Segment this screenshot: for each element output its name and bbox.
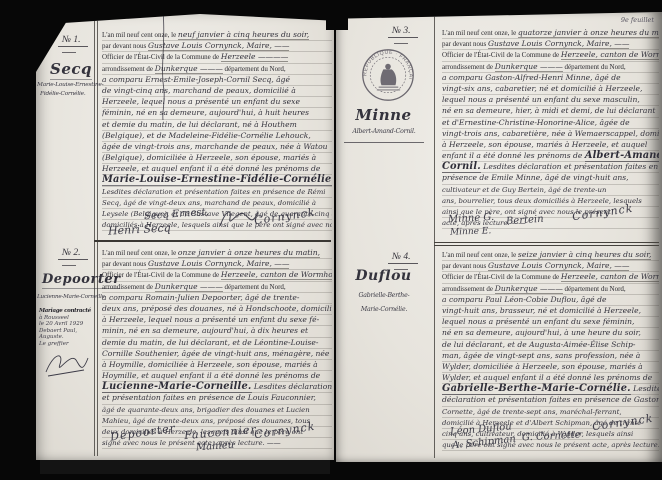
handwritten-text: a comparu Paul Léon-Cobie Duflou, âgé de — [442, 295, 606, 304]
margin-column: № 4. Duflou Gabrielle-Berthe- Marie-Corn… — [336, 246, 432, 462]
act-text-line: vingt-six ans, cabaretier, né et domicil… — [442, 84, 659, 95]
act-text-line: Cornille Southenier, âgée de vingt-huit … — [102, 349, 332, 360]
handwritten-text: cultivateur et de Guy Bertein, âgé de tr… — [442, 186, 606, 194]
handwritten-text: Wylder, domiciliée à Herzeele, son épous… — [442, 362, 643, 371]
birth-record-1: № 1. Secq Marie-Louise-Ernestine- Fidéli… — [36, 14, 334, 240]
register-right-page: 9e feuillet № 3. RÉPUBLIQUE · FRANÇAISE — [336, 12, 662, 462]
handwritten-text: né en sa demeure, hier, à midi et demi, … — [442, 106, 655, 115]
handwritten-text: seize janvier à cinq heures du soir, — [518, 250, 652, 260]
handwritten-text: Wylder, et auquel enfant il a été donné … — [442, 373, 652, 382]
act-text-line: cultivateur et de Guy Bertein, âgé de tr… — [442, 185, 659, 196]
margin-column: № 2. Depoorter Lucienne-Marie-Corneille … — [36, 244, 94, 460]
act-text-line: L'an mil neuf cent onze, le neuf janvier… — [102, 30, 332, 41]
republique-francaise-seal: RÉPUBLIQUE · FRANÇAISE — [360, 46, 416, 104]
handwritten-text: Herzeele, lequel nous a présenté un enfa… — [102, 97, 300, 106]
printed-form-text: L'an mil neuf cent onze, le — [442, 29, 518, 37]
handwritten-text: lequel nous a présenté un enfant du sexe… — [442, 95, 640, 104]
act-text-line: (Belgique), et de Madeleine-Fidélie-Corn… — [102, 131, 332, 142]
act-text-line: Lucienne-Marie-Corneille. Lesdites décla… — [102, 382, 332, 393]
act-text-line: arrondissement de Dunkerque ——— départem… — [102, 64, 332, 75]
act-text-line: arrondissement de Dunkerque ——— départem… — [102, 282, 332, 293]
handwritten-text: Herzeele, canton de Wormhout, — [221, 270, 332, 280]
handwritten-text: féminin, né en sa demeure, aujourd'hui, … — [102, 108, 309, 117]
handwritten-text: né en sa demeure, aujourd'hui, à une heu… — [442, 328, 641, 337]
handwritten-text: Dunkerque ——— — [495, 62, 563, 72]
printed-form-text: département du Nord, — [223, 65, 286, 73]
handwritten-text: Gustave Louis Cornynck, Maire, —— — [148, 41, 290, 51]
handwritten-text: a comparu Gaston-Alfred-Henri Minne, âgé… — [442, 73, 621, 82]
act-text-line: demie du matin, de lui déclarant, et de … — [102, 338, 332, 349]
handwritten-text: Gustave Louis Cornynck, Maire, —— — [488, 261, 630, 271]
act-text-line: par devant nous Gustave Louis Cornynck, … — [442, 261, 659, 272]
handwritten-text: et d'Ernestine-Christine-Honorine-Alice,… — [442, 118, 630, 127]
handwritten-text: vingt-huit ans, brasseur, né et domicili… — [442, 306, 641, 315]
act-text-line: vingt-huit ans, brasseur, né et domicili… — [442, 306, 659, 317]
signature-block: Minne G. Bertein Cornynck Minne E. — [442, 210, 659, 246]
act-text-line: lequel nous a présenté un enfant du sexe… — [442, 95, 659, 106]
register-left-page: № 1. Secq Marie-Louise-Ernestine- Fidéli… — [36, 14, 334, 460]
act-text-line: à Hoymille, domiciliée à Herzeele, son é… — [102, 360, 332, 371]
margin-given-names: Lucienne-Marie-Corneille — [37, 294, 105, 300]
act-text-line: L'an mil neuf cent onze, le onze janvier… — [102, 248, 332, 259]
printed-form-text: arrondissement de — [442, 63, 495, 71]
handwritten-text: à Herzeele, lequel nous a présenté un en… — [102, 315, 319, 324]
handwritten-text: Lesdites déclaration et présentation fai… — [102, 188, 325, 196]
act-text-line: (Belgique), domiciliée à Herzeele, son é… — [102, 153, 332, 164]
handwritten-text: neuf janvier à cinq heures du soir, — [178, 30, 309, 40]
act-text-line: Cornil. Lesdites déclaration et présenta… — [442, 162, 659, 173]
act-text-line: L'an mil neuf cent onze, le seize janvie… — [442, 250, 659, 261]
birth-record-3: № 3. RÉPUBLIQUE · FRANÇAISE Minne Albert… — [336, 12, 662, 240]
handwritten-text: Lesdites déclaration et présentation fai… — [481, 162, 658, 171]
act-text-line: de vingt-cinq ans, marchand de peaux, do… — [102, 86, 332, 97]
handwritten-text: Dunkerque ——— — [155, 64, 223, 74]
signature: Minne E. — [450, 226, 492, 237]
folio-corner-note: 9e feuillet — [621, 16, 654, 24]
marginal-annotation-line: Mariage contracté — [39, 308, 94, 315]
handwritten-text: demie du matin, de lui déclarant, et de … — [102, 338, 318, 347]
handwritten-text: Gustave Louis Cornynck, Maire, —— — [488, 39, 630, 49]
act-text-line: par devant nous Gustave Louis Cornynck, … — [102, 259, 332, 270]
act-text-line: Officier de l'État-Civil de la Commune d… — [442, 50, 659, 61]
handwritten-text: Secq, âgé de vingt-deux ans, marchand de… — [102, 199, 316, 207]
act-text-line: vingt-trois ans, cabaretière, née à Wema… — [442, 129, 659, 140]
margin-surname: Duflou — [336, 268, 431, 285]
act-text-line: Officier de l'État-Civil de la Commune d… — [102, 52, 332, 63]
printed-form-text: département du Nord, — [563, 63, 626, 71]
signature-block: Léon Duflou A. Schipman G. Cornette Corn… — [442, 418, 659, 454]
act-text-line: L'an mil neuf cent onze, le quatorze jan… — [442, 28, 659, 39]
signature: Depoorter — [109, 421, 176, 443]
handwritten-text: et présentation faites en présence de Lo… — [102, 393, 316, 402]
margin-surname: Secq — [50, 60, 92, 80]
printed-form-text: arrondissement de — [102, 283, 155, 291]
act-text: L'an mil neuf cent onze, le onze janvier… — [102, 248, 332, 449]
act-text-line: arrondissement de Dunkerque ——— départem… — [442, 284, 659, 295]
act-text-line: deux ans, préposé des douanes, né à Hond… — [102, 304, 332, 315]
handwritten-text: Herzeele, canton de Wormhout, — [561, 272, 659, 282]
child-name-text: Albert-Amand- — [585, 150, 659, 162]
margin-given-names: Fidélie-Cornélie. — [40, 91, 86, 97]
printed-form-text: Officier de l'État-Civil de la Commune d… — [442, 273, 561, 281]
birth-record-4: № 4. Duflou Gabrielle-Berthe- Marie-Corn… — [336, 246, 662, 462]
printed-form-text: Officier de l'État-Civil de la Commune d… — [102, 53, 221, 61]
signature: Bertein — [506, 214, 544, 228]
margin-dash — [62, 265, 76, 266]
marginal-annotation-line: le 20 Avril 1929 — [39, 321, 94, 328]
act-text-line: par devant nous Gustave Louis Cornynck, … — [442, 39, 659, 50]
handwritten-text: âgé de quarante-deux ans, brigadier des … — [102, 406, 310, 414]
act-text-line: Officier de l'État-Civil de la Commune d… — [442, 272, 659, 283]
handwritten-text: de lui déclarant, et de Augusta-Aimée-Él… — [442, 340, 635, 349]
marginal-annotation: Mariage contracté à Rousseel le 20 Avril… — [39, 308, 94, 348]
civil-register-scan: № 1. Secq Marie-Louise-Ernestine- Fidéli… — [0, 0, 662, 480]
handwritten-text: Gustave Louis Cornynck, Maire, —— — [148, 259, 290, 269]
act-text-line: de lui déclarant, et de Augusta-Aimée-Él… — [442, 340, 659, 351]
act-text-line: âgée de vingt-trois ans, marchande de pe… — [102, 142, 332, 153]
act-text-line: déclaration et présentation faites en pr… — [442, 395, 659, 406]
handwritten-text: Herzeele, et auquel enfant il a été donn… — [102, 164, 320, 173]
handwritten-text: minin, né en sa demeure, aujourd'hui, à … — [102, 326, 308, 335]
child-name-text: Marie-Louise-Ernestine-Fidélie-Cornélie. — [102, 174, 332, 186]
record-number: № 4. — [388, 252, 418, 264]
printed-form-text: par devant nous — [102, 260, 148, 268]
printed-form-text: L'an mil neuf cent onze, le — [102, 249, 178, 257]
handwritten-text: Hoymille, et auquel enfant il a été donn… — [102, 371, 320, 380]
birth-record-2: № 2. Depoorter Lucienne-Marie-Corneille … — [36, 244, 334, 460]
handwritten-text: Dunkerque ——— — [495, 284, 563, 294]
signature: Mahieu — [196, 440, 235, 454]
act-text-line: présence de Emile Minne, âgé de vingt-hu… — [442, 173, 659, 184]
binding-gap — [326, 0, 348, 30]
handwritten-text: présence de Emile Minne, âgé de vingt-hu… — [442, 173, 629, 182]
margin-dash — [394, 43, 408, 44]
act-text-line: Herzeele, lequel nous a présenté un enfa… — [102, 97, 332, 108]
printed-form-text: par devant nous — [442, 262, 488, 270]
marginal-annotation-line: Debaert Paul, — [39, 328, 94, 335]
act-text: L'an mil neuf cent onze, le neuf janvier… — [102, 30, 332, 231]
handwritten-text: vingt-six ans, cabaretier, né et domicil… — [442, 84, 642, 93]
record-number: № 3. — [388, 26, 418, 38]
signature: Minne G. — [448, 212, 495, 225]
act-text-line: à Herzeele, lequel nous a présenté un en… — [102, 315, 332, 326]
handwritten-text: Herzeele, canton de Wormhout, — [561, 50, 659, 60]
act-text-line: Marie-Louise-Ernestine-Fidélie-Cornélie. — [102, 175, 332, 186]
act-text-line: a comparu Paul Léon-Cobie Duflou, âgé de — [442, 295, 659, 306]
act-text-line: a comparu Romain-Julien Depoorter, âgé d… — [102, 293, 332, 304]
handwritten-text: Lesdites — [631, 384, 659, 393]
handwritten-text: a comparu Romain-Julien Depoorter, âgé d… — [102, 293, 299, 302]
margin-underline — [344, 142, 424, 143]
printed-form-text: par devant nous — [442, 40, 488, 48]
marginal-note-signature — [44, 350, 90, 380]
handwritten-text: vingt-trois ans, cabaretière, née à Wema… — [442, 129, 659, 138]
printed-form-text: arrondissement de — [102, 65, 155, 73]
handwritten-text: et demie du matin, de lui déclarant, né … — [102, 120, 297, 129]
handwritten-text: Dunkerque ——— — [155, 282, 223, 292]
margin-given-names: Gabrielle-Berthe- — [338, 292, 430, 299]
act-text-line: minin, né en sa demeure, aujourd'hui, à … — [102, 326, 332, 337]
handwritten-text: à Hoymille, domiciliée à Herzeele, son é… — [102, 360, 318, 369]
signature: G. Cornette — [522, 429, 581, 443]
handwritten-text: enfant il a été donné les prénoms de — [442, 151, 585, 160]
act-text-line: né en sa demeure, aujourd'hui, à une heu… — [442, 328, 659, 339]
marginal-annotation-line: Auguste. — [39, 334, 94, 341]
handwritten-text: deux ans, préposé des douanes, né à Hond… — [102, 304, 332, 313]
handwritten-text: Cornille Southenier, âgée de vingt-huit … — [102, 349, 329, 358]
handwritten-text: Herzeele ———— — [221, 52, 288, 62]
act-text-line: a comparu Gaston-Alfred-Henri Minne, âgé… — [442, 73, 659, 84]
handwritten-text: Lesdites déclaration — [252, 382, 332, 391]
handwritten-text: de vingt-cinq ans, marchand de peaux, do… — [102, 86, 296, 95]
handwritten-text: Cornette, âgé de trente-sept ans, maréch… — [442, 408, 622, 416]
child-name-text: Cornil. — [442, 161, 481, 173]
margin-dash — [62, 52, 76, 53]
act-text-line: et demie du matin, de lui déclarant, né … — [102, 120, 332, 131]
signature: Henri Secq — [108, 221, 171, 237]
act-text-line: arrondissement de Dunkerque ——— départem… — [442, 62, 659, 73]
act-text-line: Lesdites déclaration et présentation fai… — [102, 187, 332, 198]
handwritten-text: quatorze janvier à onze heures du matin, — [518, 28, 659, 38]
handwritten-text: onze janvier à onze heures du matin, — [178, 248, 320, 258]
handwritten-text: à Herzeele, son épouse, mariés à Herzeel… — [442, 140, 647, 149]
act-text-line: a comparu Ernest-Emile-Joseph-Cornil Sec… — [102, 75, 332, 86]
signature-block: Secq Ernest, Henri Secq Cornynck — [96, 208, 328, 244]
printed-form-text: arrondissement de — [442, 285, 495, 293]
printed-form-text: L'an mil neuf cent onze, le — [442, 251, 518, 259]
act-text-line: et présentation faites en présence de Lo… — [102, 393, 332, 404]
handwritten-text: âgée de vingt-trois ans, marchande de pe… — [102, 142, 328, 151]
handwritten-text: man, âgée de vingt-sept ans, sans profes… — [442, 351, 640, 360]
act-text-line: et d'Ernestine-Christine-Honorine-Alice,… — [442, 118, 659, 129]
act-text-line: Gabrielle-Berthe-Marie-Cornélie. Lesdite… — [442, 384, 659, 395]
signature: Fauconnier — [184, 423, 258, 442]
marginal-annotation-line: Le greffier — [39, 341, 94, 348]
signature: Secq Ernest, — [144, 207, 209, 222]
scanner-bed-shadow — [40, 458, 330, 474]
handwritten-text: lequel nous a présenté un enfant du sexe… — [442, 317, 634, 326]
handwritten-text: déclaration et présentation faites en pr… — [442, 395, 659, 404]
record-number: № 1. — [58, 35, 88, 47]
act-text-line: né en sa demeure, hier, à midi et demi, … — [442, 106, 659, 117]
printed-form-text: Officier de l'État-Civil de la Commune d… — [102, 271, 221, 279]
signature-block: Depoorter Fauconnier Cornynck Mahieu — [96, 424, 328, 460]
act-text: L'an mil neuf cent onze, le quatorze jan… — [442, 28, 659, 229]
act-text-line: par devant nous Gustave Louis Cornynck, … — [102, 41, 332, 52]
margin-given-names: Marie-Louise-Ernestine- — [37, 82, 104, 88]
printed-form-text: L'an mil neuf cent onze, le — [102, 31, 178, 39]
margin-column: № 1. Secq Marie-Louise-Ernestine- Fidéli… — [36, 14, 94, 240]
handwritten-text: (Belgique), et de Madeleine-Fidélie-Corn… — [102, 131, 311, 140]
child-name-text: Gabrielle-Berthe-Marie-Cornélie. — [442, 383, 631, 395]
record-separator-rule — [94, 240, 331, 242]
margin-surname: Minne — [336, 106, 431, 125]
printed-form-text: département du Nord, — [563, 285, 626, 293]
margin-given-names: Albert-Amand-Cornil. — [338, 128, 430, 135]
marginal-annotation-line: à Rousseel — [39, 315, 94, 322]
act-text-line: man, âgée de vingt-sept ans, sans profes… — [442, 351, 659, 362]
printed-form-text: par devant nous — [102, 42, 148, 50]
act-text-line: âgé de quarante-deux ans, brigadier des … — [102, 405, 332, 416]
act-text-line: lequel nous a présenté un enfant du sexe… — [442, 317, 659, 328]
act-text-line: féminin, né en sa demeure, aujourd'hui, … — [102, 108, 332, 119]
printed-form-text: Officier de l'État-Civil de la Commune d… — [442, 51, 561, 59]
handwritten-text: (Belgique), domiciliée à Herzeele, son é… — [102, 153, 316, 162]
record-number: № 2. — [58, 248, 88, 260]
act-text-line: Wylder, domiciliée à Herzeele, son épous… — [442, 362, 659, 373]
officer-signature: Cornynck — [253, 206, 316, 227]
printed-form-text: département du Nord, — [223, 283, 286, 291]
margin-given-names: Marie-Cornélie. — [338, 306, 430, 313]
child-name-text: Lucienne-Marie-Corneille. — [102, 381, 252, 393]
act-text-line: Officier de l'État-Civil de la Commune d… — [102, 270, 332, 281]
margin-column: № 3. RÉPUBLIQUE · FRANÇAISE Minne Albert… — [336, 12, 432, 240]
handwritten-text: a comparu Ernest-Emile-Joseph-Cornil Sec… — [102, 75, 290, 84]
